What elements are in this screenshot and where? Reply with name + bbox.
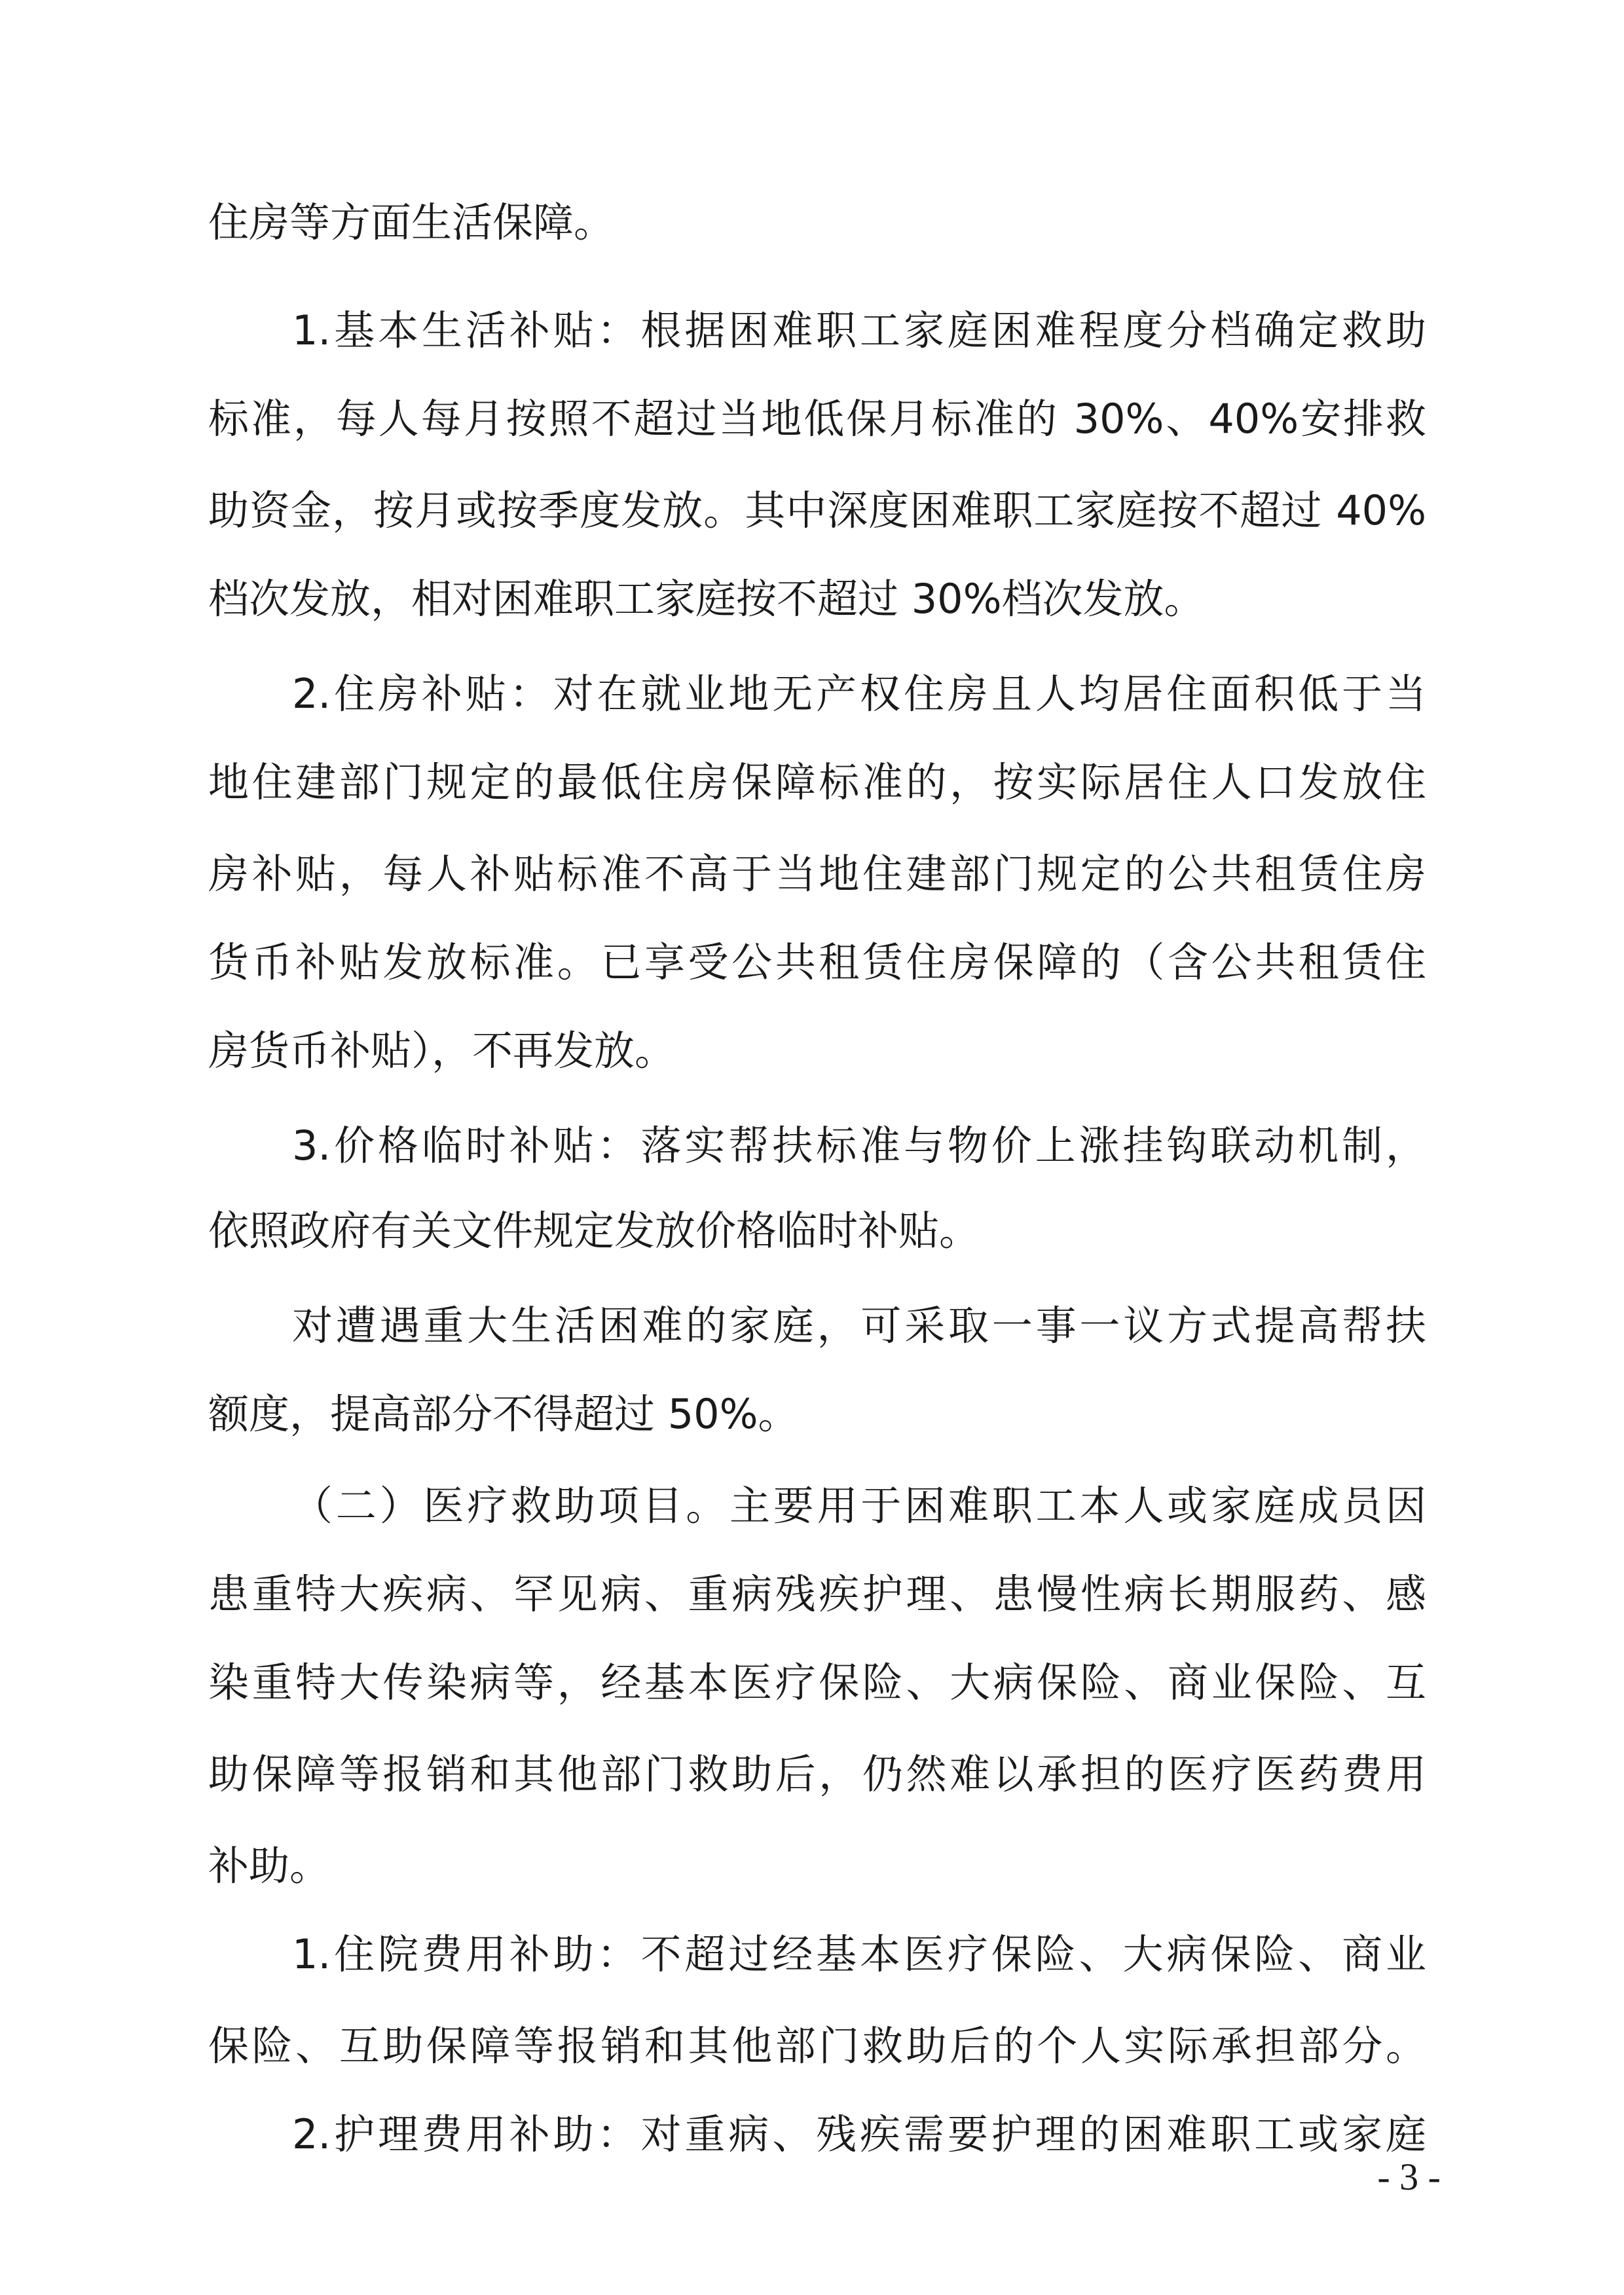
paragraph-line: 额度，提高部分不得超过 50%。 bbox=[208, 1388, 1426, 1441]
paragraph-line: 对遭遇重大生活困难的家庭，可采取一事一议方式提高帮扶 bbox=[292, 1300, 1426, 1352]
paragraph-line: 补助。 bbox=[208, 1840, 1426, 1892]
paragraph-line: 住房等方面生活保障。 bbox=[208, 196, 1426, 249]
paragraph-line: 2.护理费用补助：对重病、残疾需要护理的困难职工或家庭 bbox=[292, 2108, 1426, 2161]
paragraph-line: 患重特大疾病、罕见病、重病残疾护理、患慢性病长期服药、感 bbox=[208, 1568, 1426, 1621]
paragraph-line: 3.价格临时补贴：落实帮扶标准与物价上涨挂钩联动机制， bbox=[292, 1120, 1426, 1172]
paragraph-line: 保险、互助保障等报销和其他部门救助后的个人实际承担部分。 bbox=[208, 2020, 1426, 2072]
paragraph-line: 助保障等报销和其他部门救助后，仍然难以承担的医疗医药费用 bbox=[208, 1748, 1426, 1801]
paragraph-line: 标准，每人每月按照不超过当地低保月标准的 30%、40%安排救 bbox=[208, 393, 1426, 445]
paragraph-line: 货币补贴发放标准。已享受公共租赁住房保障的（含公共租赁住 bbox=[208, 936, 1426, 989]
paragraph-line: 依照政府有关文件规定发放价格临时补贴。 bbox=[208, 1205, 1426, 1257]
paragraph-line: 1.住院费用补助：不超过经基本医疗保险、大病保险、商业 bbox=[292, 1928, 1426, 1981]
paragraph-line: 染重特大传染病等，经基本医疗保险、大病保险、商业保险、互 bbox=[208, 1657, 1426, 1709]
paragraph-line: 房补贴，每人补贴标准不高于当地住建部门规定的公共租赁住房 bbox=[208, 848, 1426, 900]
section-heading-line: （二）医疗救助项目。主要用于困难职工本人或家庭成员因 bbox=[292, 1480, 1426, 1532]
document-page: 住房等方面生活保障。 1.基本生活补贴：根据困难职工家庭困难程度分档确定救助 标… bbox=[0, 0, 1624, 2295]
paragraph-line: 1.基本生活补贴：根据困难职工家庭困难程度分档确定救助 bbox=[292, 304, 1426, 357]
paragraph-line: 地住建部门规定的最低住房保障标准的，按实际居住人口发放住 bbox=[208, 756, 1426, 809]
paragraph-line: 房货币补贴），不再发放。 bbox=[208, 1025, 1426, 1077]
paragraph-line: 档次发放，相对困难职工家庭按不超过 30%档次发放。 bbox=[208, 573, 1426, 625]
paragraph-line: 2.住房补贴：对在就业地无产权住房且人均居住面积低于当 bbox=[292, 668, 1426, 720]
paragraph-line: 助资金，按月或按季度发放。其中深度困难职工家庭按不超过 40% bbox=[208, 485, 1426, 537]
page-number: - 3 - bbox=[1336, 2154, 1441, 2200]
